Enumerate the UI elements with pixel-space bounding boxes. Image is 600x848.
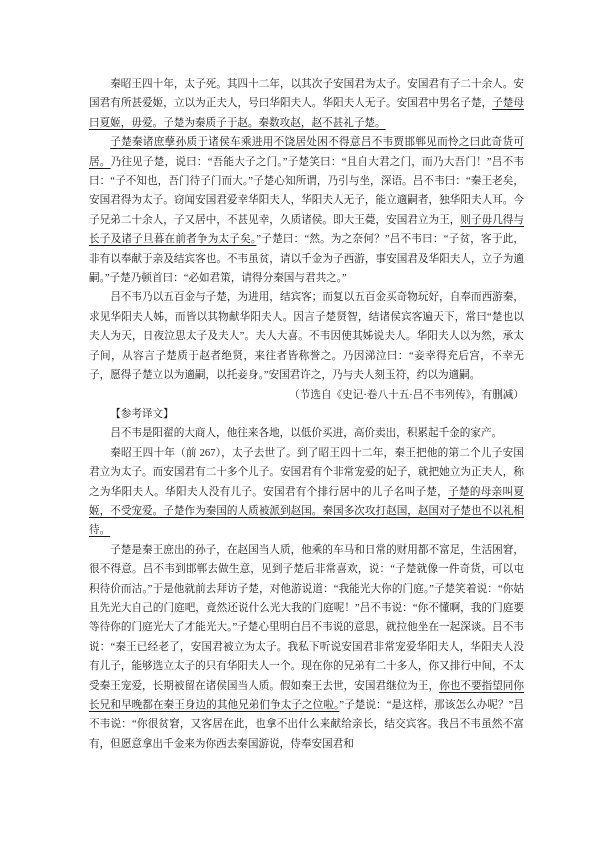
classical-paragraph-2: 子楚秦诸庶孽孙质于诸侯车乘进用不饶居处困不得意吕不韦贾邯郸见而怜之曰此奇货可居。…	[89, 133, 524, 288]
text-segment: 秦昭王四十年，太子死。其四十二年，以其次子安国君为太子。安国君有子二十余人。安国…	[89, 79, 524, 109]
classical-paragraph-1: 秦昭王四十年，太子死。其四十二年，以其次子安国君为太子。安国君有子二十余人。安国…	[89, 75, 524, 133]
text-segment: 子楚是秦王庶出的孙子，在赵国当人质，他乘的车马和日常的财用都不富足，生活困窘，很…	[89, 545, 524, 692]
translation-paragraph-1: 吕不韦是阳翟的大商人，他往来各地，以低价买进，高价卖出，积累起千金的家产。	[89, 424, 524, 443]
document-body: 秦昭王四十年，太子死。其四十二年，以其次子安国君为太子。安国君有子二十余人。安国…	[89, 75, 524, 754]
text-segment: 乃往见子楚，说曰：“吾能大子之门。”子楚笑曰：“且自大君之门，而乃大吾门！”吕不…	[89, 157, 524, 226]
translation-paragraph-3: 子楚是秦王庶出的孙子，在赵国当人质，他乘的车马和日常的财用都不富足，生活困窘，很…	[89, 541, 524, 754]
translation-heading: 【参考译文】	[89, 405, 524, 424]
text-segment: （节选自《史记·卷八十五·吕不韦列传》，有删减）	[289, 390, 524, 401]
translation-paragraph-2: 秦昭王四十年（前 267），太子去世了。到了昭王四十二年，秦王把他的第二个儿子安…	[89, 444, 524, 541]
text-segment: 吕不韦是阳翟的大商人，他往来各地，以低价买进，高价卖出，积累起千金的家产。	[110, 428, 502, 439]
source-attribution: （节选自《史记·卷八十五·吕不韦列传》，有删减）	[89, 386, 524, 405]
text-segment: 【参考译文】	[110, 409, 174, 420]
classical-paragraph-3: 吕不韦乃以五百金与子楚，为进用，结宾客；而复以五百金买奇物玩好，自奉而西游秦，求…	[89, 288, 524, 385]
text-segment: 吕不韦乃以五百金与子楚，为进用，结宾客；而复以五百金买奇物玩好，自奉而西游秦，求…	[89, 292, 524, 381]
